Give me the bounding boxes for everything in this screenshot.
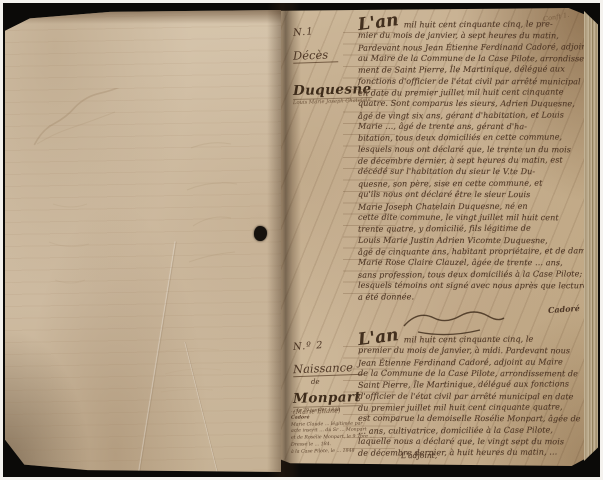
bleedthrough-mark xyxy=(45,190,115,300)
scan-background: Conft 1. N.1 Décès Duquesne Louis Marie … xyxy=(3,3,600,477)
paper-crease xyxy=(136,241,177,477)
act-line: est comparue la demoiselle Rosélie Monpa… xyxy=(358,413,588,425)
left-page xyxy=(5,10,281,472)
paper-crease xyxy=(184,342,220,477)
act-line: Saint Pierre, Île Martinique, délégué au… xyxy=(358,379,588,392)
page-edge-stack xyxy=(584,11,598,461)
entry1-number: N.1 xyxy=(293,20,359,39)
entry2-name: Monpart xyxy=(293,387,359,407)
act-line: Marie Joseph Chatelain Duquesne, né en xyxy=(358,200,588,213)
entry2-closing: L'adjoint, Cadoré xyxy=(401,451,437,477)
act-line: a été donnée. xyxy=(358,291,588,304)
entry1-margin: N.1 Décès Duquesne Louis Marie Joseph Ch… xyxy=(293,20,359,105)
closing-role: L'adjoint, xyxy=(401,451,437,460)
act-line: mier du mois de janvier, à sept heures d… xyxy=(358,30,588,42)
act-line: quatre. Sont comparus les sieurs, Adrien… xyxy=(358,98,588,110)
ink-blot xyxy=(254,226,267,241)
entry2-body: L'anmil huit cent cinquante cinq, le pre… xyxy=(358,332,588,459)
entry1-name-sub: Louis Marie Joseph Chatelain xyxy=(293,98,359,106)
act-line: ment de Saint Pierre, Île Martinique, dé… xyxy=(358,64,588,77)
bleedthrough-mark xyxy=(155,340,265,400)
entry1-name: Duquesne xyxy=(293,79,359,99)
entry2-margin: N.º 2 Naissance de Monpart (Marie Éliane… xyxy=(293,334,359,415)
closing-signature-wrap: Cadoré xyxy=(401,460,437,477)
act-line: décédé sur l'habitation du sieur le V.te… xyxy=(358,166,588,178)
act-line: premier du mois de janvier, à midi. Pard… xyxy=(358,345,588,357)
entry2-particle: de xyxy=(311,378,359,386)
bleedthrough-mark xyxy=(185,130,275,290)
act-line: Marie Rose Claire Clauzel, âgée de trent… xyxy=(358,257,588,269)
entry1-body: L'anmil huit cent cinquante cinq, le pre… xyxy=(358,17,588,303)
bleedthrough-mark xyxy=(27,88,137,148)
act-line: de décembre dernier, à huit heures du ma… xyxy=(358,447,588,460)
act-line: Louis Marie Justin Adrien Vicomte Duques… xyxy=(358,234,588,246)
right-page: Conft 1. N.1 Décès Duquesne Louis Marie … xyxy=(281,8,587,466)
officer-signature: Cadoré xyxy=(402,467,436,477)
entry2-category: Naissance xyxy=(293,357,359,376)
act-line: sans profession, tous deux domiciliés à … xyxy=(358,268,588,281)
act-line: qu'ils nous ont déclaré être le sieur Lo… xyxy=(358,189,588,201)
entry1-category: Décès xyxy=(293,44,359,63)
book-gutter-shadow xyxy=(267,3,301,477)
act-line: bitation, tous deux domiciliés en cette … xyxy=(358,132,588,145)
scanned-register-page: { "accent_colors": { "paper_left": "#d2c… xyxy=(0,0,603,480)
officer-signature: Cadoré xyxy=(548,303,580,315)
entry2-number: N.º 2 xyxy=(293,334,359,353)
act-line: trente quatre, y domicilié, fils légitim… xyxy=(358,222,588,235)
